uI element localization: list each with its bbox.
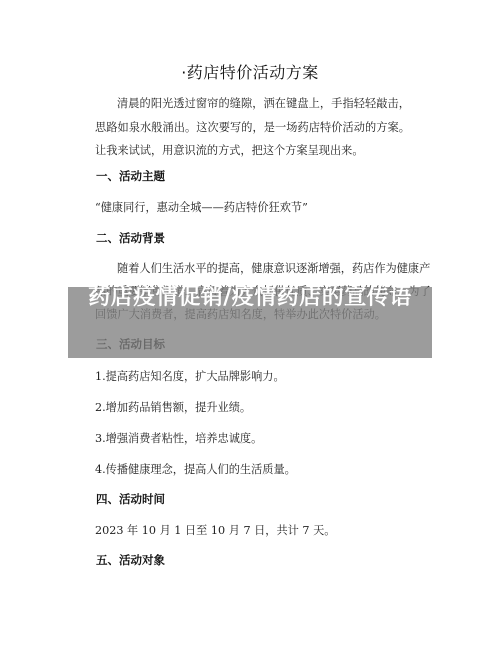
overlay-title: 药店疫情促销/疫情药店的宣传语: [68, 283, 432, 313]
section-heading-audience: 五、活动对象: [96, 552, 165, 568]
intro-paragraph: 清晨的阳光透过窗帘的缝隙，洒在键盘上，手指轻轻敲击，思路如泉水般涌出。这次要写的…: [95, 92, 410, 163]
document-page: ·药店特价活动方案 清晨的阳光透过窗帘的缝隙，洒在键盘上，手指轻轻敲击，思路如泉…: [0, 0, 500, 647]
goal-item-2: 2.增加药品销售额，提升业绩。: [95, 399, 415, 415]
theme-text: “健康同行，惠动全城——药店特价狂欢节”: [95, 199, 415, 215]
goal-item-4: 4.传播健康理念，提高人们的生活质量。: [95, 461, 415, 477]
section-heading-theme: 一、活动主题: [96, 168, 165, 184]
goal-item-1: 1.提高药店知名度，扩大品牌影响力。: [95, 368, 415, 384]
time-text: 2023 年 10 月 1 日至 10 月 7 日，共计 7 天。: [95, 522, 415, 538]
section-heading-background: 二、活动背景: [96, 230, 165, 246]
document-title: ·药店特价活动方案: [0, 60, 500, 83]
background-line-1: 随着人们生活水平的提高，健康意识逐渐增强，药店作为健康产: [95, 260, 415, 276]
goal-item-3: 3.增强消费者粘性，培养忠诚度。: [95, 430, 415, 446]
section-heading-time: 四、活动时间: [96, 491, 165, 507]
